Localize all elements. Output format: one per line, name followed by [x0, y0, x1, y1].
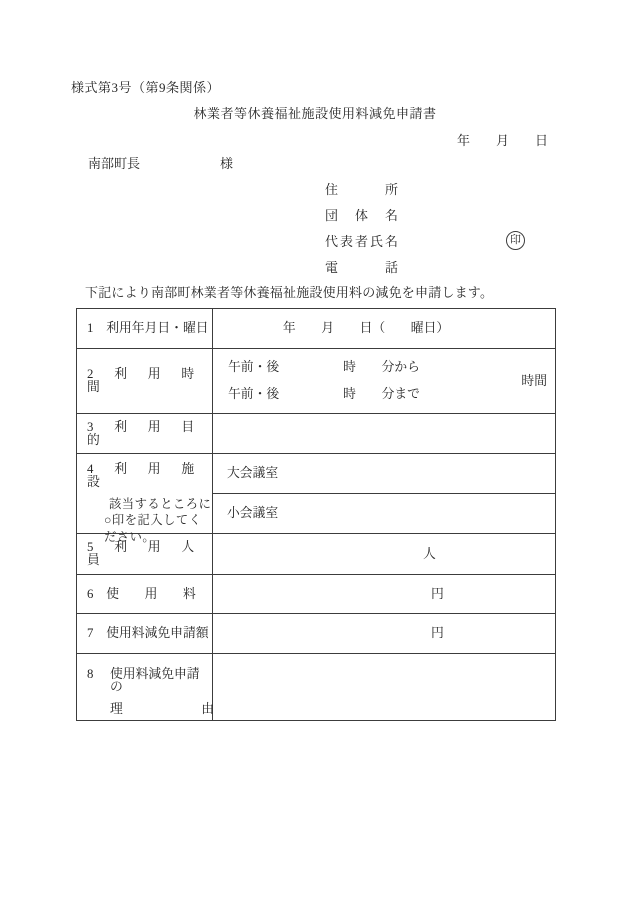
- users-cell: 人: [213, 534, 555, 574]
- facility-label: 4 利 用 施 設: [87, 463, 212, 489]
- facility-options-cell: 大会議室 小会議室: [213, 454, 555, 533]
- page-title: 林業者等休養福祉施設使用料減免申請書: [0, 107, 630, 120]
- organization-field-label: 団 体 名: [325, 209, 400, 235]
- document-page: 様式第3号（第9条関係） 林業者等休養福祉施設使用料減免申請書 年 月 日 南部…: [0, 0, 630, 915]
- application-table: 1 利用年月日・曜日 年 月 日（ 曜日） 2 利 用 時 間 午前・後 時 分…: [76, 308, 556, 721]
- reason-row-number: 8: [87, 668, 110, 694]
- addressee-honorific: 様: [220, 157, 233, 170]
- table-row-fee: 6 使 用 料 円: [77, 575, 555, 614]
- reduction-amount-label: 7 使用料減免申請額: [77, 614, 213, 653]
- purpose-label: 3 利 用 目 的: [77, 414, 213, 453]
- purpose-cell: [213, 414, 555, 453]
- usage-date-cell: 年 月 日（ 曜日）: [213, 309, 555, 348]
- applicant-block: 住 所 団 体 名 代表者氏名 電 話: [325, 183, 400, 287]
- reason-label-line2: 理 由: [110, 703, 214, 716]
- usage-time-lines: 午前・後 時 分から 午前・後 時 分まで: [228, 354, 420, 408]
- reason-label-left-char: 理: [110, 703, 123, 716]
- table-row-users: 5 利 用 人 員 人: [77, 534, 555, 575]
- users-label: 5 利 用 人 員: [77, 534, 213, 574]
- table-row-purpose: 3 利 用 目 的: [77, 414, 555, 454]
- table-row-usage-date: 1 利用年月日・曜日 年 月 日（ 曜日）: [77, 309, 555, 349]
- address-field-label: 住 所: [325, 183, 400, 209]
- table-row-facility: 4 利 用 施 設 該当するところに ○印を記入してく ださい。 大会議室 小会…: [77, 454, 555, 534]
- fee-label: 6 使 用 料: [77, 575, 213, 613]
- facility-label-cell: 4 利 用 施 設 該当するところに ○印を記入してく ださい。: [77, 454, 213, 533]
- addressee-name: 南部町長: [88, 157, 140, 170]
- representative-field-label: 代表者氏名: [325, 235, 400, 261]
- reason-label-cell: 8 使用料減免申請の 理 由: [77, 654, 213, 720]
- reduction-amount-cell: 円: [213, 614, 555, 653]
- usage-date-label: 1 利用年月日・曜日: [77, 309, 213, 348]
- reason-label-line1: 8 使用料減免申請の: [87, 668, 212, 694]
- form-number: 様式第3号（第9条関係）: [71, 81, 220, 94]
- facility-option-large-room: 大会議室: [213, 454, 555, 494]
- usage-time-cell: 午前・後 時 分から 午前・後 時 分まで 時間: [213, 349, 555, 413]
- reason-label-text: 使用料減免申請の: [110, 668, 212, 694]
- seal-icon: 印: [506, 231, 525, 250]
- table-row-reduction-amount: 7 使用料減免申請額 円: [77, 614, 555, 654]
- usage-time-from: 午前・後 時 分から: [228, 354, 420, 381]
- reason-cell: [213, 654, 555, 720]
- usage-time-to: 午前・後 時 分まで: [228, 381, 420, 408]
- facility-option-small-room: 小会議室: [213, 494, 555, 534]
- fee-cell: 円: [213, 575, 555, 613]
- date-line: 年 月 日: [0, 134, 548, 147]
- intro-sentence: 下記により南部町林業者等休養福祉施設使用料の減免を申請します。: [85, 286, 493, 299]
- table-row-usage-time: 2 利 用 時 間 午前・後 時 分から 午前・後 時 分まで 時間: [77, 349, 555, 414]
- addressee-row: 南部町長 様: [88, 157, 233, 170]
- phone-field-label: 電 話: [325, 261, 400, 287]
- table-row-reason: 8 使用料減免申請の 理 由: [77, 654, 555, 720]
- usage-date-value: 年 月 日（ 曜日）: [213, 322, 555, 335]
- usage-time-label: 2 利 用 時 間: [77, 349, 213, 413]
- facility-note-line1: 該当するところに: [104, 496, 212, 513]
- usage-time-unit: 時間: [521, 375, 547, 388]
- seal-mark: 印: [506, 231, 525, 250]
- facility-note-line2: ○印を記入してく: [104, 512, 212, 529]
